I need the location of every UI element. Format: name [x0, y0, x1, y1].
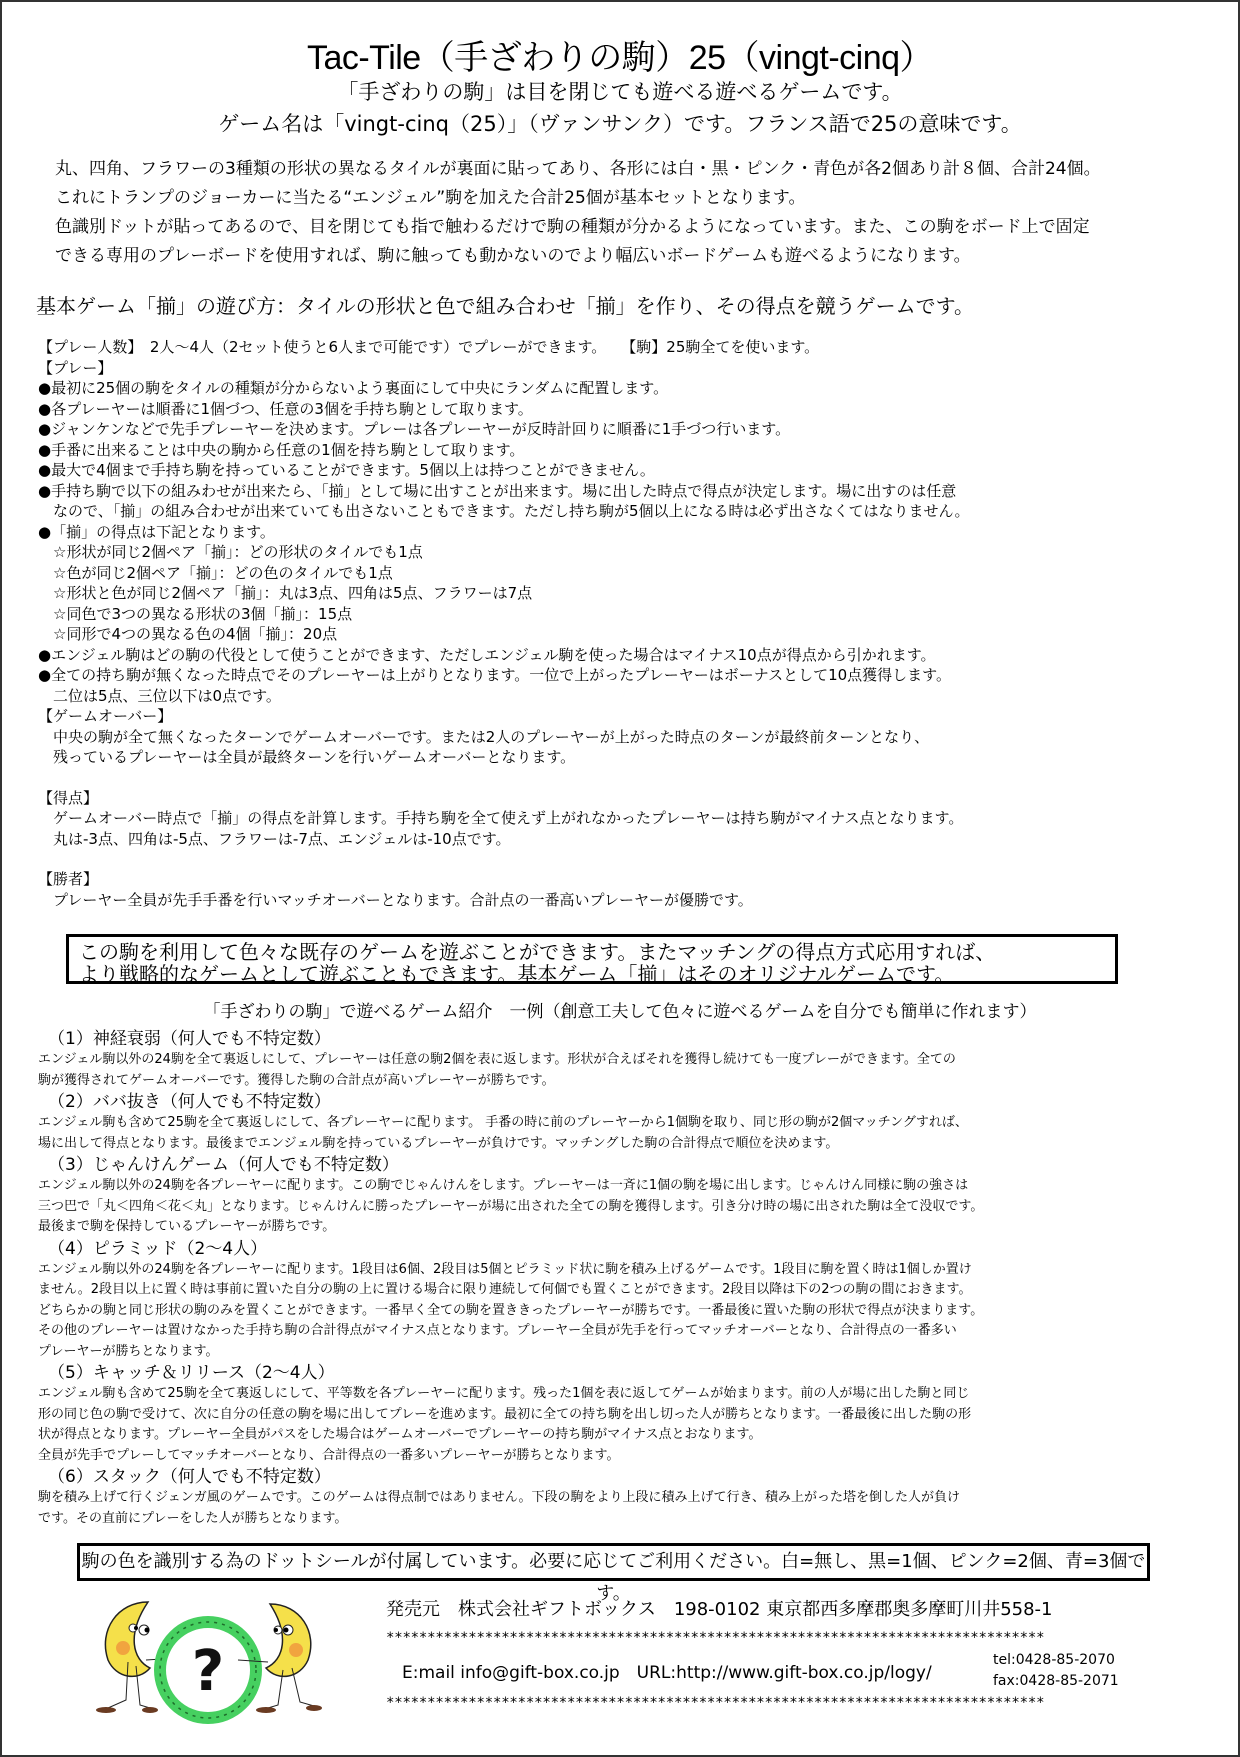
fax-number: fax:0428-85-2071	[993, 1671, 1119, 1692]
subtitle-2: ゲーム名は「vingt-cinq（25）」（ヴァンサンク）です。フランス語で25…	[0, 108, 1240, 138]
score-line: 丸は-3点、四角は-5点、フラワーは-7点、エンジェルは-10点です。	[38, 829, 969, 850]
rule-item: なので、「揃」の組み合わせが出来ていても出さないこともできます。ただし持ち駒が5…	[38, 501, 969, 522]
game-line: エンジェル駒以外の24駒を各プレーヤーに配ります。1段目は6個、2段目は5個とピ…	[38, 1260, 983, 1281]
game-title: （1）神経衰弱（何人でも不特定数）	[38, 1028, 983, 1050]
score-line: ゲームオーバー時点で「揃」の得点を計算します。手持ち駒を全て使えず上がれなかった…	[38, 808, 969, 829]
game-line: その他のプレーヤーは置けなかった手持ち駒の合計得点がマイナス点となります。プレー…	[38, 1321, 983, 1342]
rule-item: ●各プレーヤーは順番に1個づつ、任意の3個を手持ち駒として取ります。	[38, 399, 969, 420]
publisher-line: 発売元 株式会社ギフトボックス 198-0102 東京都西多摩郡奥多摩町川井55…	[386, 1595, 1053, 1621]
score-item: ☆形状が同じ2個ペア「揃」：どの形状のタイルでも1点	[38, 542, 969, 563]
intro-line: 色識別ドットが貼ってあるので、目を閉じても指で触わるだけで駒の種類が分かるように…	[55, 213, 1101, 242]
game-title: （5）キャッチ＆リリース（2～4人）	[38, 1362, 983, 1384]
divider-stars: ****************************************…	[386, 1630, 1044, 1646]
mascot-illustration: ?	[78, 1590, 338, 1730]
game-line: 駒が獲得されてゲームオーバーです。獲得した駒の合計点が高いプレーヤーが勝ちです。	[38, 1071, 983, 1092]
intro-line: できる専用のプレーボードを使用すれば、駒に触っても動かないのでより幅広いボードゲ…	[55, 242, 1101, 271]
score-item: ☆同色で3つの異なる形状の3個「揃」：15点	[38, 604, 969, 625]
game-line: エンジェル駒も含めて25駒を全て裏返しにして、各プレーヤーに配ります。 手番の時…	[38, 1113, 983, 1134]
game-line: です。その直前にプレーをした人が勝ちとなります。	[38, 1509, 983, 1530]
rule-item: ●手番に出来ることは中央の駒から任意の1個を持ち駒として取ります。	[38, 440, 969, 461]
game-item: （3）じゃんけんゲーム（何人でも不特定数） エンジェル駒以外の24駒を各プレーヤ…	[38, 1154, 983, 1238]
game-title: （2）ババ抜き（何人でも不特定数）	[38, 1091, 983, 1113]
rule-item: ●最大で4個まで手持ち駒を持っていることができます。5個以上は持つことができませ…	[38, 460, 969, 481]
game-line: 最後まで駒を保持しているプレーヤーが勝ちです。	[38, 1217, 983, 1238]
game-line: ません。2段目以上に置く時は事前に置いた自分の駒の上に置ける場合に限り連続して何…	[38, 1280, 983, 1301]
notice-line: この駒を利用して色々な既存のゲームを遊ぶことができます。またマッチングの得点方式…	[79, 941, 1105, 963]
intro-line: これにトランプのジョーカーに当たる“エンジェル”駒を加えた合計25個が基本セット…	[55, 184, 1101, 213]
basic-game-heading: 基本ゲーム「揃」の遊び方：タイルの形状と色で組み合わせ「揃」を作り、その得点を競…	[36, 290, 974, 319]
question-ring-icon: ?	[160, 1622, 256, 1718]
game-title: （4）ピラミッド（2～4人）	[38, 1238, 983, 1260]
games-list: （1）神経衰弱（何人でも不特定数） エンジェル駒以外の24駒を全て裏返しにして、…	[38, 1028, 983, 1529]
game-line: 全員が先手でプレーしてマッチオーバーとなり、合計得点の一番多いプレーヤーが勝ちと…	[38, 1446, 983, 1467]
play-heading: 【プレー】	[38, 358, 969, 379]
rule-item: 二位は5点、三位以下は0点です。	[38, 686, 969, 707]
page-title: Tac-Tile（手ざわりの駒）25（vingt-cinq）	[0, 30, 1240, 79]
game-line: プレーヤーが勝ちとなります。	[38, 1342, 983, 1363]
game-title: （3）じゃんけんゲーム（何人でも不特定数）	[38, 1154, 983, 1176]
rule-item: ●ジャンケンなどで先手プレーヤーを決めます。プレーは各プレーヤーが反時計回りに順…	[38, 419, 969, 440]
players-line: 【プレー人数】 2人～4人（2セット使うと6人まで可能です）でプレーができます。…	[38, 337, 969, 358]
winner-heading: 【勝者】	[38, 869, 969, 890]
notice-line: より戦略的なゲームとして遊ぶこともできます。基本ゲーム「揃」はそのオリジナルゲー…	[79, 963, 1105, 985]
rule-item: ●手持ち駒で以下の組みわせが出来たら、「揃」として場に出すことが出来ます。場に出…	[38, 481, 969, 502]
intro-text: 丸、四角、フラワーの3種類の形状の異なるタイルが裏面に貼ってあり、各形には白・黒…	[55, 155, 1101, 271]
score-heading: 【得点】	[38, 788, 969, 809]
game-line: どちらかの駒と同じ形状の駒のみを置くことができます。一番早く全ての駒を置ききった…	[38, 1301, 983, 1322]
game-line: 形の同じ色の駒で受けて、次に自分の任意の駒を場に出してプレーを進めます。最初に全…	[38, 1405, 983, 1426]
game-line: エンジェル駒以外の24駒を全て裏返しにして、プレーヤーは任意の駒2個を表に返しま…	[38, 1050, 983, 1071]
rule-item: ●「揃」の得点は下記となります。	[38, 522, 969, 543]
game-line: 場に出して得点となります。最後までエンジェル駒を持っているプレーヤーが負けです。…	[38, 1134, 983, 1155]
score-item: ☆同形で4つの異なる色の4個「揃」：20点	[38, 624, 969, 645]
game-item: （1）神経衰弱（何人でも不特定数） エンジェル駒以外の24駒を全て裏返しにして、…	[38, 1028, 983, 1091]
winner-line: プレーヤー全員が先手手番を行いマッチオーバーとなります。合計点の一番高いプレーヤ…	[38, 890, 969, 911]
rule-item: ●エンジェル駒はどの駒の代役として使うことができます、ただしエンジェル駒を使った…	[38, 645, 969, 666]
rule-item: ●全ての持ち駒が無くなった時点でそのプレーヤーは上がりとなります。一位で上がった…	[38, 665, 969, 686]
game-line: 三つ巴で「丸＜四角＜花＜丸」となります。じゃんけんに勝ったプレーヤーが場に出され…	[38, 1197, 983, 1218]
contact-line: E:mail info@gift-box.co.jp URL:http://ww…	[402, 1658, 932, 1683]
rule-item: ●最初に25個の駒をタイルの種類が分からないよう裏面にして中央にランダムに配置し…	[38, 378, 969, 399]
game-item: （2）ババ抜き（何人でも不特定数） エンジェル駒も含めて25駒を全て裏返しにして…	[38, 1091, 983, 1154]
score-item: ☆色が同じ2個ペア「揃」：どの色のタイルでも1点	[38, 563, 969, 584]
gameover-line: 残っているプレーヤーは全員が最終ターンを行いゲームオーバーとなります。	[38, 747, 969, 768]
score-item: ☆形状と色が同じ2個ペア「揃」：丸は3点、四角は5点、フラワーは7点	[38, 583, 969, 604]
game-line: エンジェル駒も含めて25駒を全て裏返しにして、平等数を各プレーヤーに配ります。残…	[38, 1384, 983, 1405]
game-title: （6）スタック（何人でも不特定数）	[38, 1466, 983, 1488]
game-line: エンジェル駒以外の24駒を各プレーヤーに配ります。この駒でじゃんけんをします。プ…	[38, 1176, 983, 1197]
game-line: 状が得点となります。プレーヤー全員がパスをした場合はゲームオーバーでプレーヤーの…	[38, 1425, 983, 1446]
gameover-heading: 【ゲームオーバー】	[38, 706, 969, 727]
notice-box: この駒を利用して色々な既存のゲームを遊ぶことができます。またマッチングの得点方式…	[66, 934, 1118, 984]
intro-line: 丸、四角、フラワーの3種類の形状の異なるタイルが裏面に貼ってあり、各形には白・黒…	[55, 155, 1101, 184]
svg-text:?: ?	[192, 1639, 224, 1704]
game-item: （5）キャッチ＆リリース（2～4人） エンジェル駒も含めて25駒を全て裏返しにし…	[38, 1362, 983, 1466]
tel-fax: tel:0428-85-2070 fax:0428-85-2071	[993, 1650, 1119, 1692]
divider-stars: ****************************************…	[386, 1695, 1044, 1711]
game-item: （4）ピラミッド（2～4人） エンジェル駒以外の24駒を各プレーヤーに配ります。…	[38, 1238, 983, 1363]
games-heading: 「手ざわりの駒」で遊べるゲーム紹介 一例（創意工夫して色々に遊べるゲームを自分で…	[0, 997, 1240, 1022]
dot-sticker-notice: 駒の色を識別する為のドットシールが付属しています。必要に応じてご利用ください。白…	[77, 1543, 1150, 1581]
tel-number: tel:0428-85-2070	[993, 1650, 1119, 1671]
game-item: （6）スタック（何人でも不特定数） 駒を積み上げて行くジェンガ風のゲームです。こ…	[38, 1466, 983, 1529]
game-line: 駒を積み上げて行くジェンガ風のゲームです。このゲームは得点制ではありません。下段…	[38, 1488, 983, 1509]
rules-section: 【プレー人数】 2人～4人（2セット使うと6人まで可能です）でプレーができます。…	[38, 337, 969, 910]
gameover-line: 中央の駒が全て無くなったターンでゲームオーバーです。または2人のプレーヤーが上が…	[38, 727, 969, 748]
subtitle-1: 「手ざわりの駒」は目を閉じても遊べる遊べるゲームです。	[0, 76, 1240, 106]
